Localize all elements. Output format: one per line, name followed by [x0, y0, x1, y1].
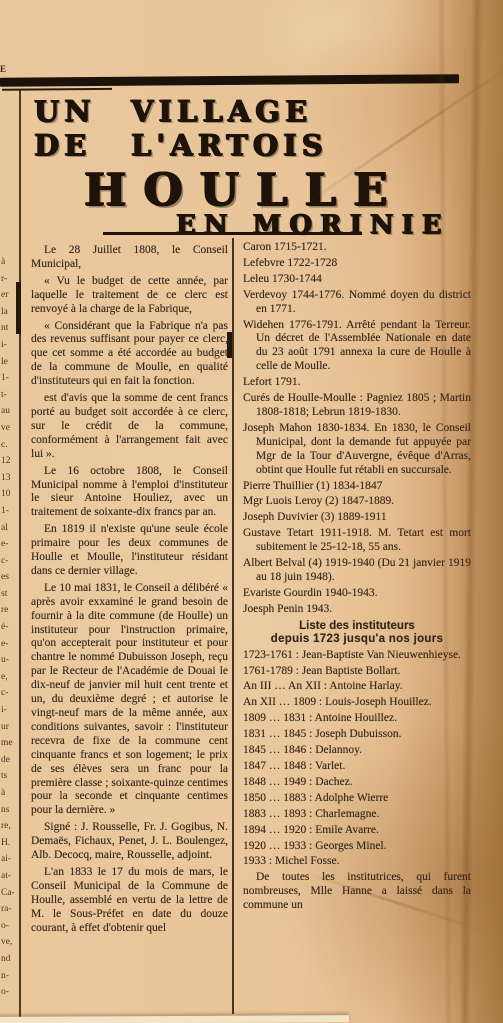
article-headline: UN VILLAGE DE L'ARTOIS HOULLE EN MORINIE	[34, 94, 466, 240]
instituteurs-list: 1723-1761 : Jean-Baptiste Van Nieuwenhie…	[243, 649, 471, 870]
margin-fragment: nd	[1, 951, 16, 968]
cure-entry: Widehen 1776-1791. Arrêté pendant la Ter…	[243, 319, 471, 375]
headline-word-village: VILLAGE	[131, 94, 466, 128]
instituteur-entry: 1809 … 1831 : Antoine Houillez.	[243, 712, 471, 726]
headline-line1: UN VILLAGE	[34, 94, 466, 128]
margin-fragment: ts	[1, 768, 16, 785]
margin-fragment: st	[1, 586, 16, 603]
margin-fragment: 10	[1, 486, 16, 503]
margin-fragment: é-	[1, 619, 16, 636]
article-paragraph: est d'avis que la somme de cent francs p…	[31, 392, 228, 462]
headline-word-artois: L'ARTOIS	[131, 128, 466, 162]
margin-fragment: H.	[1, 835, 16, 852]
headline-line2: DE L'ARTOIS	[34, 128, 466, 162]
margin-fragment: i-	[1, 702, 16, 719]
instituteur-entry: 1894 … 1920 : Emile Avarre.	[243, 824, 471, 838]
margin-fragment: r-	[1, 271, 16, 288]
margin-fragment: le	[1, 354, 16, 371]
article-paragraph: Le 28 Juillet 1808, le Conseil Municipal…	[31, 244, 228, 272]
margin-fragment: ve	[1, 420, 16, 437]
article-right-column: Caron 1715-1721.Lefebvre 1722-1728Leleu …	[243, 241, 471, 1023]
article-paragraph: En 1819 il n'existe qu'une seule école p…	[31, 523, 228, 579]
instituteurs-heading-line1: Liste des instituteurs	[243, 620, 471, 634]
margin-fragment: u-	[1, 652, 16, 669]
cure-entry: Caron 1715-1721.	[243, 241, 471, 255]
margin-fragment: ra-	[1, 901, 16, 918]
margin-fragment: es	[1, 569, 16, 586]
instituteur-entry: An III … An XII : Antoine Harlay.	[243, 680, 471, 694]
newspaper-clipping: E UN VILLAGE DE L'ARTOIS HOULLE EN MORIN…	[0, 0, 503, 1023]
cure-entry: Verdevoy 1744-1776. Nommé doyen du distr…	[243, 289, 471, 317]
left-rule-bold-segment	[16, 282, 21, 334]
masthead-rule	[0, 74, 459, 87]
article-paragraph: Le 16 octobre 1808, le Conseil Municipal…	[31, 465, 228, 521]
margin-fragment: e-	[1, 536, 16, 553]
margin-fragment: er	[1, 287, 16, 304]
margin-fragment: ns	[1, 802, 16, 819]
margin-fragment: c-	[1, 553, 16, 570]
article-left-column: Le 28 Juillet 1808, le Conseil Municipal…	[31, 244, 228, 1023]
headline-morinie: EN MORINIE	[176, 210, 466, 240]
margin-fragment: à	[1, 254, 16, 271]
margin-fragment: n-	[1, 968, 16, 985]
article-paragraph: L'an 1833 le 17 du mois de mars, le Cons…	[31, 866, 228, 936]
margin-fragment: re,	[1, 818, 16, 835]
margin-fragment: ve,	[1, 934, 16, 951]
column-divider-rule	[232, 238, 234, 1014]
margin-fragment: nt	[1, 320, 16, 337]
institutrices-paragraph: De toutes les institutrices, qui furent …	[243, 871, 471, 913]
instituteur-entry: 1831 … 1845 : Joseph Dubuisson.	[243, 728, 471, 742]
headline-houlle: HOULLE	[84, 166, 466, 214]
margin-fragment: o-	[1, 918, 16, 935]
margin-fragment: e,	[1, 669, 16, 686]
cure-entry: Leleu 1730-1744	[243, 273, 471, 287]
instituteurs-heading-line2: depuis 1723 jusqu'a nos jours	[243, 633, 471, 647]
article-paragraph: « Considérant que la Fabrique n'a pas de…	[31, 320, 228, 390]
headline-word-un: UN	[34, 94, 131, 128]
margin-fragment: ai-	[1, 851, 16, 868]
margin-fragment: la	[1, 304, 16, 321]
cure-entry: Pierre Thuillier (1) 1834-1847	[243, 480, 471, 494]
margin-fragment: 12	[1, 453, 16, 470]
cure-entry: Gustave Tetart 1911-1918. M. Tetart est …	[243, 527, 471, 555]
cure-entry: Mgr Luois Leroy (2) 1847-1889.	[243, 495, 471, 509]
cure-entry: Albert Belval (4) 1919-1940 (Du 21 janvi…	[243, 557, 471, 585]
instituteur-entry: 1845 … 1846 : Delannoy.	[243, 744, 471, 758]
headline-word-de: DE	[34, 128, 131, 162]
margin-fragment: de	[1, 752, 16, 769]
instituteur-entry: 1883 … 1893 : Charlemagne.	[243, 808, 471, 822]
cut-margin-fragments: àr-erlanti-le1-t-auvec.1213101-ale-c-ess…	[1, 254, 16, 1001]
article-paragraph: « Vu le budget de cette année, par laque…	[31, 275, 228, 317]
instituteur-entry: 1933 : Michel Fosse.	[243, 855, 471, 869]
edge-letter-fragment: E	[0, 64, 6, 74]
margin-fragment: ur	[1, 719, 16, 736]
cure-entry: Joseph Duvivier (3) 1889-1911	[243, 511, 471, 525]
margin-fragment: me	[1, 735, 16, 752]
scan-bottom-edge	[0, 1015, 349, 1023]
margin-fragment: Ca-	[1, 885, 16, 902]
instituteur-entry: 1920 … 1933 : Georges Minel.	[243, 840, 471, 854]
left-column-rule	[19, 90, 21, 1023]
margin-fragment: c-	[1, 685, 16, 702]
margin-fragment: al	[1, 520, 16, 537]
article-paragraph: Signé : J. Rousselle, Fr. J. Gogibus, N.…	[31, 821, 228, 863]
margin-fragment: i-	[1, 337, 16, 354]
cure-entry: Lefort 1791.	[243, 376, 471, 390]
instituteur-entry: 1847 … 1848 : Varlet.	[243, 760, 471, 774]
cure-entry: Lefebvre 1722-1728	[243, 257, 471, 271]
margin-fragment: 1-	[1, 503, 16, 520]
margin-fragment: e-	[1, 636, 16, 653]
margin-fragment: c.	[1, 437, 16, 454]
margin-fragment: à	[1, 785, 16, 802]
article-paragraph: Le 10 mai 1831, le Conseil a délibéré « …	[31, 582, 228, 818]
instituteurs-heading: Liste des instituteurs depuis 1723 jusqu…	[243, 620, 471, 647]
margin-fragment: at-	[1, 868, 16, 885]
margin-fragment: o-	[1, 984, 16, 1001]
margin-fragment: au	[1, 403, 16, 420]
cure-entry: Evariste Gourdin 1940-1943.	[243, 587, 471, 601]
headline-underline	[103, 232, 362, 235]
instituteur-entry: 1761-1789 : Jean Baptiste Bollart.	[243, 665, 471, 679]
cure-entry: Curés de Houlle-Moulle : Pagniez 1805 ; …	[243, 392, 471, 420]
cure-entry: Joesph Penin 1943.	[243, 603, 471, 617]
cure-entry: Joseph Mahon 1830-1834. En 1830, le Cons…	[243, 422, 471, 478]
instituteur-entry: 1850 … 1883 : Adolphe Wierre	[243, 792, 471, 806]
margin-fragment: 1-	[1, 370, 16, 387]
cures-list: Caron 1715-1721.Lefebvre 1722-1728Leleu …	[243, 241, 471, 617]
margin-fragment: t-	[1, 387, 16, 404]
instituteur-entry: 1848 … 1949 : Dachez.	[243, 776, 471, 790]
instituteur-entry: 1723-1761 : Jean-Baptiste Van Nieuwenhie…	[243, 649, 471, 663]
instituteur-entry: An XII … 1809 : Louis-Joseph Houillez.	[243, 696, 471, 710]
margin-fragment: re	[1, 602, 16, 619]
margin-fragment: 13	[1, 470, 16, 487]
